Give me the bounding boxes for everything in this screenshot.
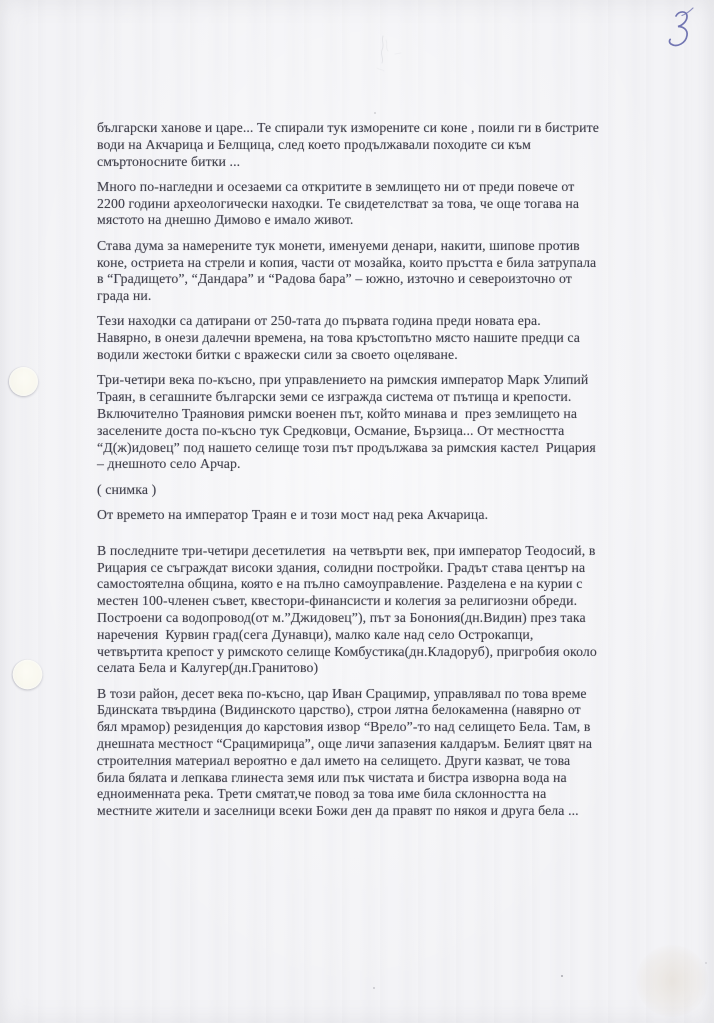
- paragraph: Много по-нагледни и осезаеми са откритит…: [97, 179, 657, 229]
- text-line: строителния материал вероятно е дал имет…: [97, 753, 657, 770]
- text-line: била бялата и лепкава глинеста земя или …: [97, 770, 657, 787]
- paragraph: В този район, десет века по-късно, цар И…: [97, 686, 657, 820]
- text-line: коне, остриета на стрели и копия, части …: [97, 255, 657, 272]
- text-line: заселените доста по-късно тук Средковци,…: [97, 423, 657, 440]
- hole-punch-top: [9, 367, 38, 396]
- paragraph: български ханове и царе... Те спирали ту…: [97, 120, 657, 170]
- text-line: едноименната река. Трети смятат,че повод…: [97, 786, 657, 803]
- text-line: Тези находки са датирани от 250-тата до …: [97, 313, 657, 330]
- text-line: В този район, десет века по-късно, цар И…: [97, 686, 657, 703]
- text-line: Построени са водопровод(от м.”Джидовец”)…: [97, 610, 657, 627]
- text-line: Включително Траяновия римски военен път,…: [97, 406, 657, 423]
- paragraph: Става дума за намерените тук монети, име…: [97, 238, 657, 305]
- text-line: местните жители и заселници всеки Божи д…: [97, 803, 657, 820]
- text-line: От времето на император Траян е и този м…: [97, 507, 657, 524]
- handwritten-3-icon: [660, 5, 700, 55]
- paper-stain: [636, 945, 708, 1017]
- paragraph: В последните три-четири десетилетия на ч…: [97, 543, 657, 677]
- text-line: Три-четири века по-късно, при управление…: [97, 372, 657, 389]
- document-text: български ханове и царе... Те спирали ту…: [97, 120, 657, 828]
- scan-speck: [561, 975, 563, 977]
- paragraph: От времето на император Траян е и този м…: [97, 507, 657, 524]
- text-line: Траян, в сегашните български земи се изг…: [97, 389, 657, 406]
- text-line: бял мрамор) резиденция до карстовия изво…: [97, 719, 657, 736]
- text-line: в “Градището”, “Дандара” и “Радова бара”…: [97, 271, 657, 288]
- text-line: “Д(ж)идовец” под нашето селище този път …: [97, 440, 657, 457]
- text-line: ( снимка ): [97, 482, 657, 499]
- text-line: В последните три-четири десетилетия на ч…: [97, 543, 657, 560]
- text-line: четвъртита крепост у римското селище Ком…: [97, 644, 657, 661]
- text-line: 2200 години археологически находки. Те с…: [97, 196, 657, 213]
- handwritten-page-number: [660, 5, 700, 55]
- text-line: селата Бела и Калугер(дн.Гранитово): [97, 660, 657, 677]
- text-line: води на Акчарица и Белщица, след което п…: [97, 137, 657, 154]
- hole-punch-bottom: [13, 660, 43, 690]
- scan-smudge: [355, 28, 415, 88]
- text-line: – днешното село Арчар.: [97, 456, 657, 473]
- text-line: местен 100-членен съвет, квестори-финанс…: [97, 593, 657, 610]
- paragraph: Тези находки са датирани от 250-тата до …: [97, 313, 657, 363]
- text-line: града ни.: [97, 288, 657, 305]
- text-line: Много по-нагледни и осезаеми са откритит…: [97, 179, 657, 196]
- paragraph: ( снимка ): [97, 482, 657, 499]
- scan-speck: [373, 987, 375, 989]
- text-line: самостоятелна община, която е на пълно с…: [97, 576, 657, 593]
- text-line: Става дума за намерените тук монети, име…: [97, 238, 657, 255]
- text-line: наречения Курвин град(сега Дунавци), мал…: [97, 627, 657, 644]
- text-line: смъртоносните битки ...: [97, 154, 657, 171]
- scan-speck: [705, 962, 707, 964]
- scan-speck: [374, 112, 376, 114]
- text-line: мястото на днешно Димово е имало живот.: [97, 212, 657, 229]
- text-line: Рицария се съграждат високи здания, соли…: [97, 560, 657, 577]
- text-line: Навярно, в онези далечни времена, на тов…: [97, 330, 657, 347]
- scanned-page: български ханове и царе... Те спирали ту…: [0, 0, 714, 1023]
- text-line: Бдинската твърдина (Видинското царство),…: [97, 702, 657, 719]
- paragraph: Три-четири века по-късно, при управление…: [97, 372, 657, 473]
- text-line: днешната местност “Срацимирица”, още лич…: [97, 736, 657, 753]
- text-line: български ханове и царе... Те спирали ту…: [97, 120, 657, 137]
- text-line: водили жестоки битки с вражески сили за …: [97, 347, 657, 364]
